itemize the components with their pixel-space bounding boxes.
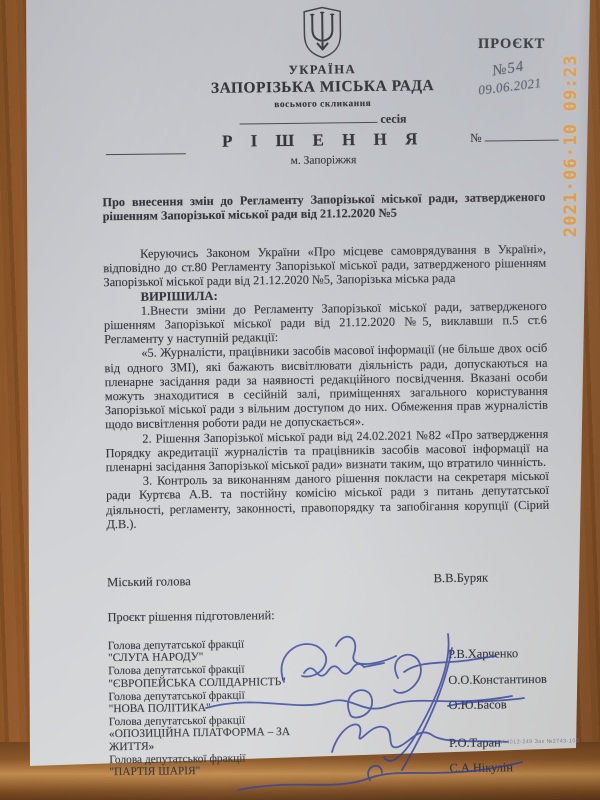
signer-name: С.А.Нікулін	[449, 761, 513, 774]
number-prefix: №	[470, 131, 482, 145]
faction-name-caps: "ЄВРОПЕЙСЬКА СОЛІДАРНІСТЬ"	[108, 675, 313, 690]
session-row: сесія	[101, 109, 544, 130]
faction-name-caps: "ПАРТІЯ ШАРІЯ"	[109, 764, 314, 779]
signer-name: Р.О.Таран	[449, 736, 501, 749]
mayor-signature-row: Міський голова В.В.Буряк	[107, 570, 550, 590]
faction-row: Голова депутатської фракції "НОВА ПОЛІТИ…	[108, 686, 551, 716]
item-3-paragraph: 3. Контроль за виконанням даного рішення…	[106, 469, 550, 531]
session-suffix: сесія	[380, 112, 406, 126]
ukraine-trident-icon	[299, 5, 346, 60]
date-blank-line	[106, 143, 186, 155]
faction-name-caps: "СЛУГА НАРОДУ"	[108, 650, 313, 665]
faction-row: Голова депутатської фракції «ОПОЗИЦІЙНА …	[109, 711, 552, 753]
signer-name: Р.В.Харченко	[448, 647, 518, 660]
document-body: Про внесення змін до Регламенту Запорізь…	[102, 190, 552, 779]
document-number-row: №	[470, 129, 559, 146]
item-1-paragraph: 1.Внести зміни до Регламенту Запорізької…	[104, 299, 547, 347]
signer-name: О.О.Константинов	[448, 673, 547, 686]
decision-title: Про внесення змін до Регламенту Запорізь…	[102, 190, 545, 223]
camera-timestamp: 2021·06·10 09:23	[561, 47, 581, 237]
city-label: м. Запоріжжя	[102, 152, 545, 169]
faction-row: Голова депутатської фракції "ПАРТІЯ ШАРІ…	[109, 749, 552, 779]
item-2-paragraph: 2. Рішення Запорізької міської ради від …	[105, 426, 548, 474]
mayor-title: Міський голова	[107, 574, 191, 590]
faction-row: Голова депутатської фракції "СЛУГА НАРОД…	[108, 635, 551, 665]
number-blank-line	[485, 129, 559, 142]
faction-row: Голова депутатської фракції "ЄВРОПЕЙСЬКА…	[108, 660, 551, 690]
prepared-by-label: Проєкт рішення підготовлений:	[107, 605, 550, 625]
signer-name: О.Ю.Басов	[449, 698, 507, 711]
faction-name-caps: «ОПОЗИЦІЙНА ПЛАТФОРМА – ЗА ЖИТТЯ»	[109, 726, 314, 753]
session-blank-line	[239, 111, 377, 125]
item-quote-paragraph: «5. Журналісти, працівники засобів масов…	[104, 341, 548, 432]
faction-signature-list: Голова депутатської фракції "СЛУГА НАРОД…	[108, 635, 553, 779]
mayor-name: В.В.Буряк	[433, 571, 488, 587]
preamble-paragraph: Керуючись Законом України «Про місцеве с…	[103, 242, 546, 290]
faction-name-caps: "НОВА ПОЛІТИКА"	[109, 701, 314, 716]
document-content: УКРАЇНА ЗАПОРІЗЬКА МІСЬКА РАДА восьмого …	[100, 0, 552, 779]
photo-scene: УКРАЇНА ЗАПОРІЗЬКА МІСЬКА РАДА восьмого …	[0, 0, 600, 800]
